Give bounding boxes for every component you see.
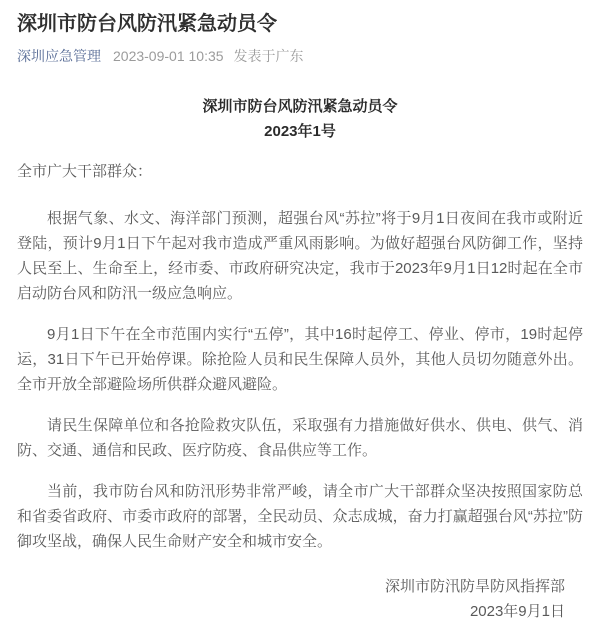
publish-time: 2023-09-01 10:35 [113, 48, 224, 64]
document-title-line: 深圳市防台风防汛紧急动员令 [17, 94, 583, 119]
paragraph-4: 当前，我市防台风和防汛形势非常严峻，请全市广大干部群众坚决按照国家防总和省委省政… [17, 479, 583, 554]
article-page: 深圳市防台风防汛紧急动员令 深圳应急管理2023-09-01 10:35发表于广… [0, 0, 600, 634]
page-title: 深圳市防台风防汛紧急动员令 [17, 10, 583, 38]
signature-block: 深圳市防汛防旱防风指挥部 2023年9月1日 [17, 574, 583, 624]
signature-date: 2023年9月1日 [17, 599, 565, 624]
paragraph-3: 请民生保障单位和各抢险救灾队伍，采取强有力措施做好供水、供电、供气、消防、交通、… [17, 413, 583, 463]
paragraph-2: 9月1日下午在全市范围内实行“五停”，其中16时起停工、停业、停市，19时起停运… [17, 322, 583, 397]
byline: 深圳应急管理2023-09-01 10:35发表于广东 [17, 46, 583, 66]
document-body: 深圳市防台风防汛紧急动员令 2023年1号 全市广大干部群众： 根据气象、水文、… [17, 94, 583, 624]
document-title: 深圳市防台风防汛紧急动员令 2023年1号 [17, 94, 583, 144]
salutation: 全市广大干部群众： [17, 159, 583, 184]
signature-unit: 深圳市防汛防旱防风指挥部 [17, 574, 565, 599]
document-number: 2023年1号 [17, 119, 583, 144]
paragraph-1: 根据气象、水文、海洋部门预测，超强台风“苏拉”将于9月1日夜间在我市或附近登陆，… [17, 206, 583, 306]
account-name-link[interactable]: 深圳应急管理 [17, 48, 101, 64]
publish-location: 发表于广东 [234, 48, 304, 64]
